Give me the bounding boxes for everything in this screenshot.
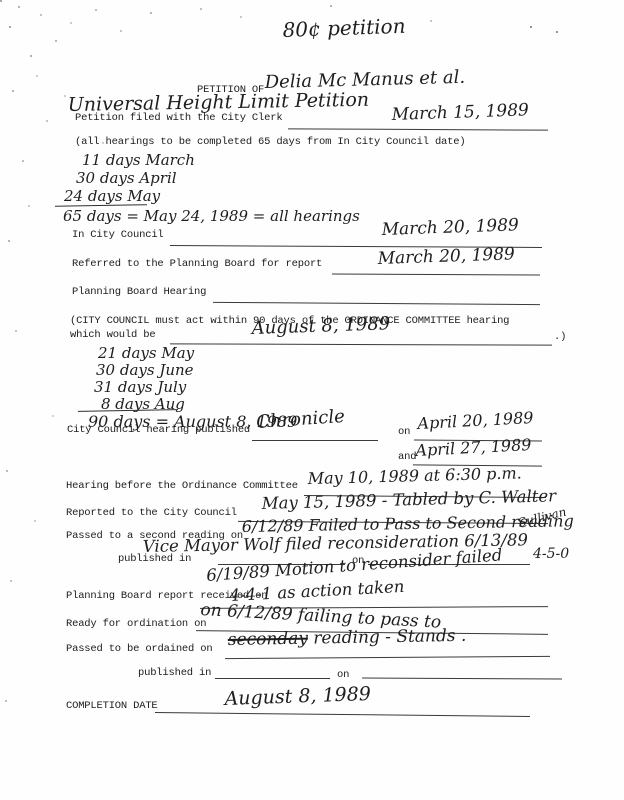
newspaper-handwritten: Chronicle: [256, 406, 346, 433]
calc90-row-1: 21 days May: [98, 344, 194, 362]
ordained-rest: reading - Stands: [313, 626, 456, 648]
calc90-row-2: 30 days June: [96, 361, 194, 379]
ordinance-published-on-label: on: [337, 669, 349, 681]
published-hearing-label: City Council hearing published: [67, 424, 250, 436]
ordained-value-handwritten: seconday reading - Stands .: [228, 626, 467, 650]
calc65-total: 65 days = May 24, 1989 = all hearings: [63, 207, 360, 225]
ninety-day-note-line2: which would be: [70, 329, 155, 341]
referred-label: Referred to the Planning Board for repor…: [72, 258, 322, 270]
calc65-row-1: 11 days March: [82, 151, 195, 169]
top-note-handwritten: 80¢ petition: [282, 14, 406, 42]
blank-line: [170, 343, 552, 345]
completion-date-label: COMPLETION DATE: [66, 700, 158, 712]
ninety-day-note-closing: .): [554, 331, 566, 343]
ninety-day-date-handwritten: August 8, 1989: [251, 313, 390, 339]
published-on-label: on: [398, 426, 410, 438]
published-date1-handwritten: April 20, 1989: [417, 408, 534, 433]
ordinance-hearing-label: Hearing before the Ordinance Committee: [66, 480, 298, 492]
ordained-period: .: [461, 626, 467, 646]
in-city-council-date-handwritten: March 20, 1989: [381, 215, 519, 240]
planning-board-hearing-label: Planning Board Hearing: [72, 286, 206, 298]
blank-line: [288, 128, 548, 130]
reported-value-handwritten: May 15, 1989 - Tabled by C. Walter: [262, 486, 557, 513]
in-city-council-label: In City Council: [72, 229, 164, 241]
scanned-petition-form: 80¢ petition PETITION OF Delia Mc Manus …: [0, 0, 624, 800]
filed-with-clerk-label: Petition filed with the City Clerk: [75, 112, 282, 124]
reported-label: Reported to the City Council: [66, 507, 237, 519]
ordinance-published-in-label: published in: [138, 667, 211, 679]
blank-line: [252, 440, 378, 441]
hearings-note: (all hearings to be completed 65 days fr…: [75, 136, 465, 148]
completion-date-handwritten: August 8, 1989: [224, 683, 371, 710]
published-and-label: and: [398, 451, 416, 463]
blank-line: [215, 678, 330, 679]
ordained-label: Passed to be ordained on: [66, 643, 212, 655]
blank-line: [362, 677, 562, 679]
blank-line: [213, 302, 540, 305]
reconsideration-vote-handwritten: 4-5-0: [533, 546, 569, 562]
ready-ordination-label: Ready for ordination on: [66, 618, 206, 630]
ordinance-hearing-value-handwritten: May 10, 1989 at 6:30 p.m.: [308, 463, 522, 488]
calc65-row-3: 24 days May: [64, 187, 160, 205]
blank-line: [332, 273, 540, 275]
photocopy-noise: [0, 0, 2, 2]
calc90-row-3: 31 days July: [94, 378, 186, 396]
ordained-struck-word: seconday: [228, 629, 308, 650]
referred-date-handwritten: March 20, 1989: [377, 244, 515, 269]
blank-line: [155, 712, 530, 717]
calc65-row-2: 30 days April: [76, 169, 177, 187]
filed-date-handwritten: March 15, 1989: [391, 100, 529, 125]
blank-line: [225, 656, 550, 659]
